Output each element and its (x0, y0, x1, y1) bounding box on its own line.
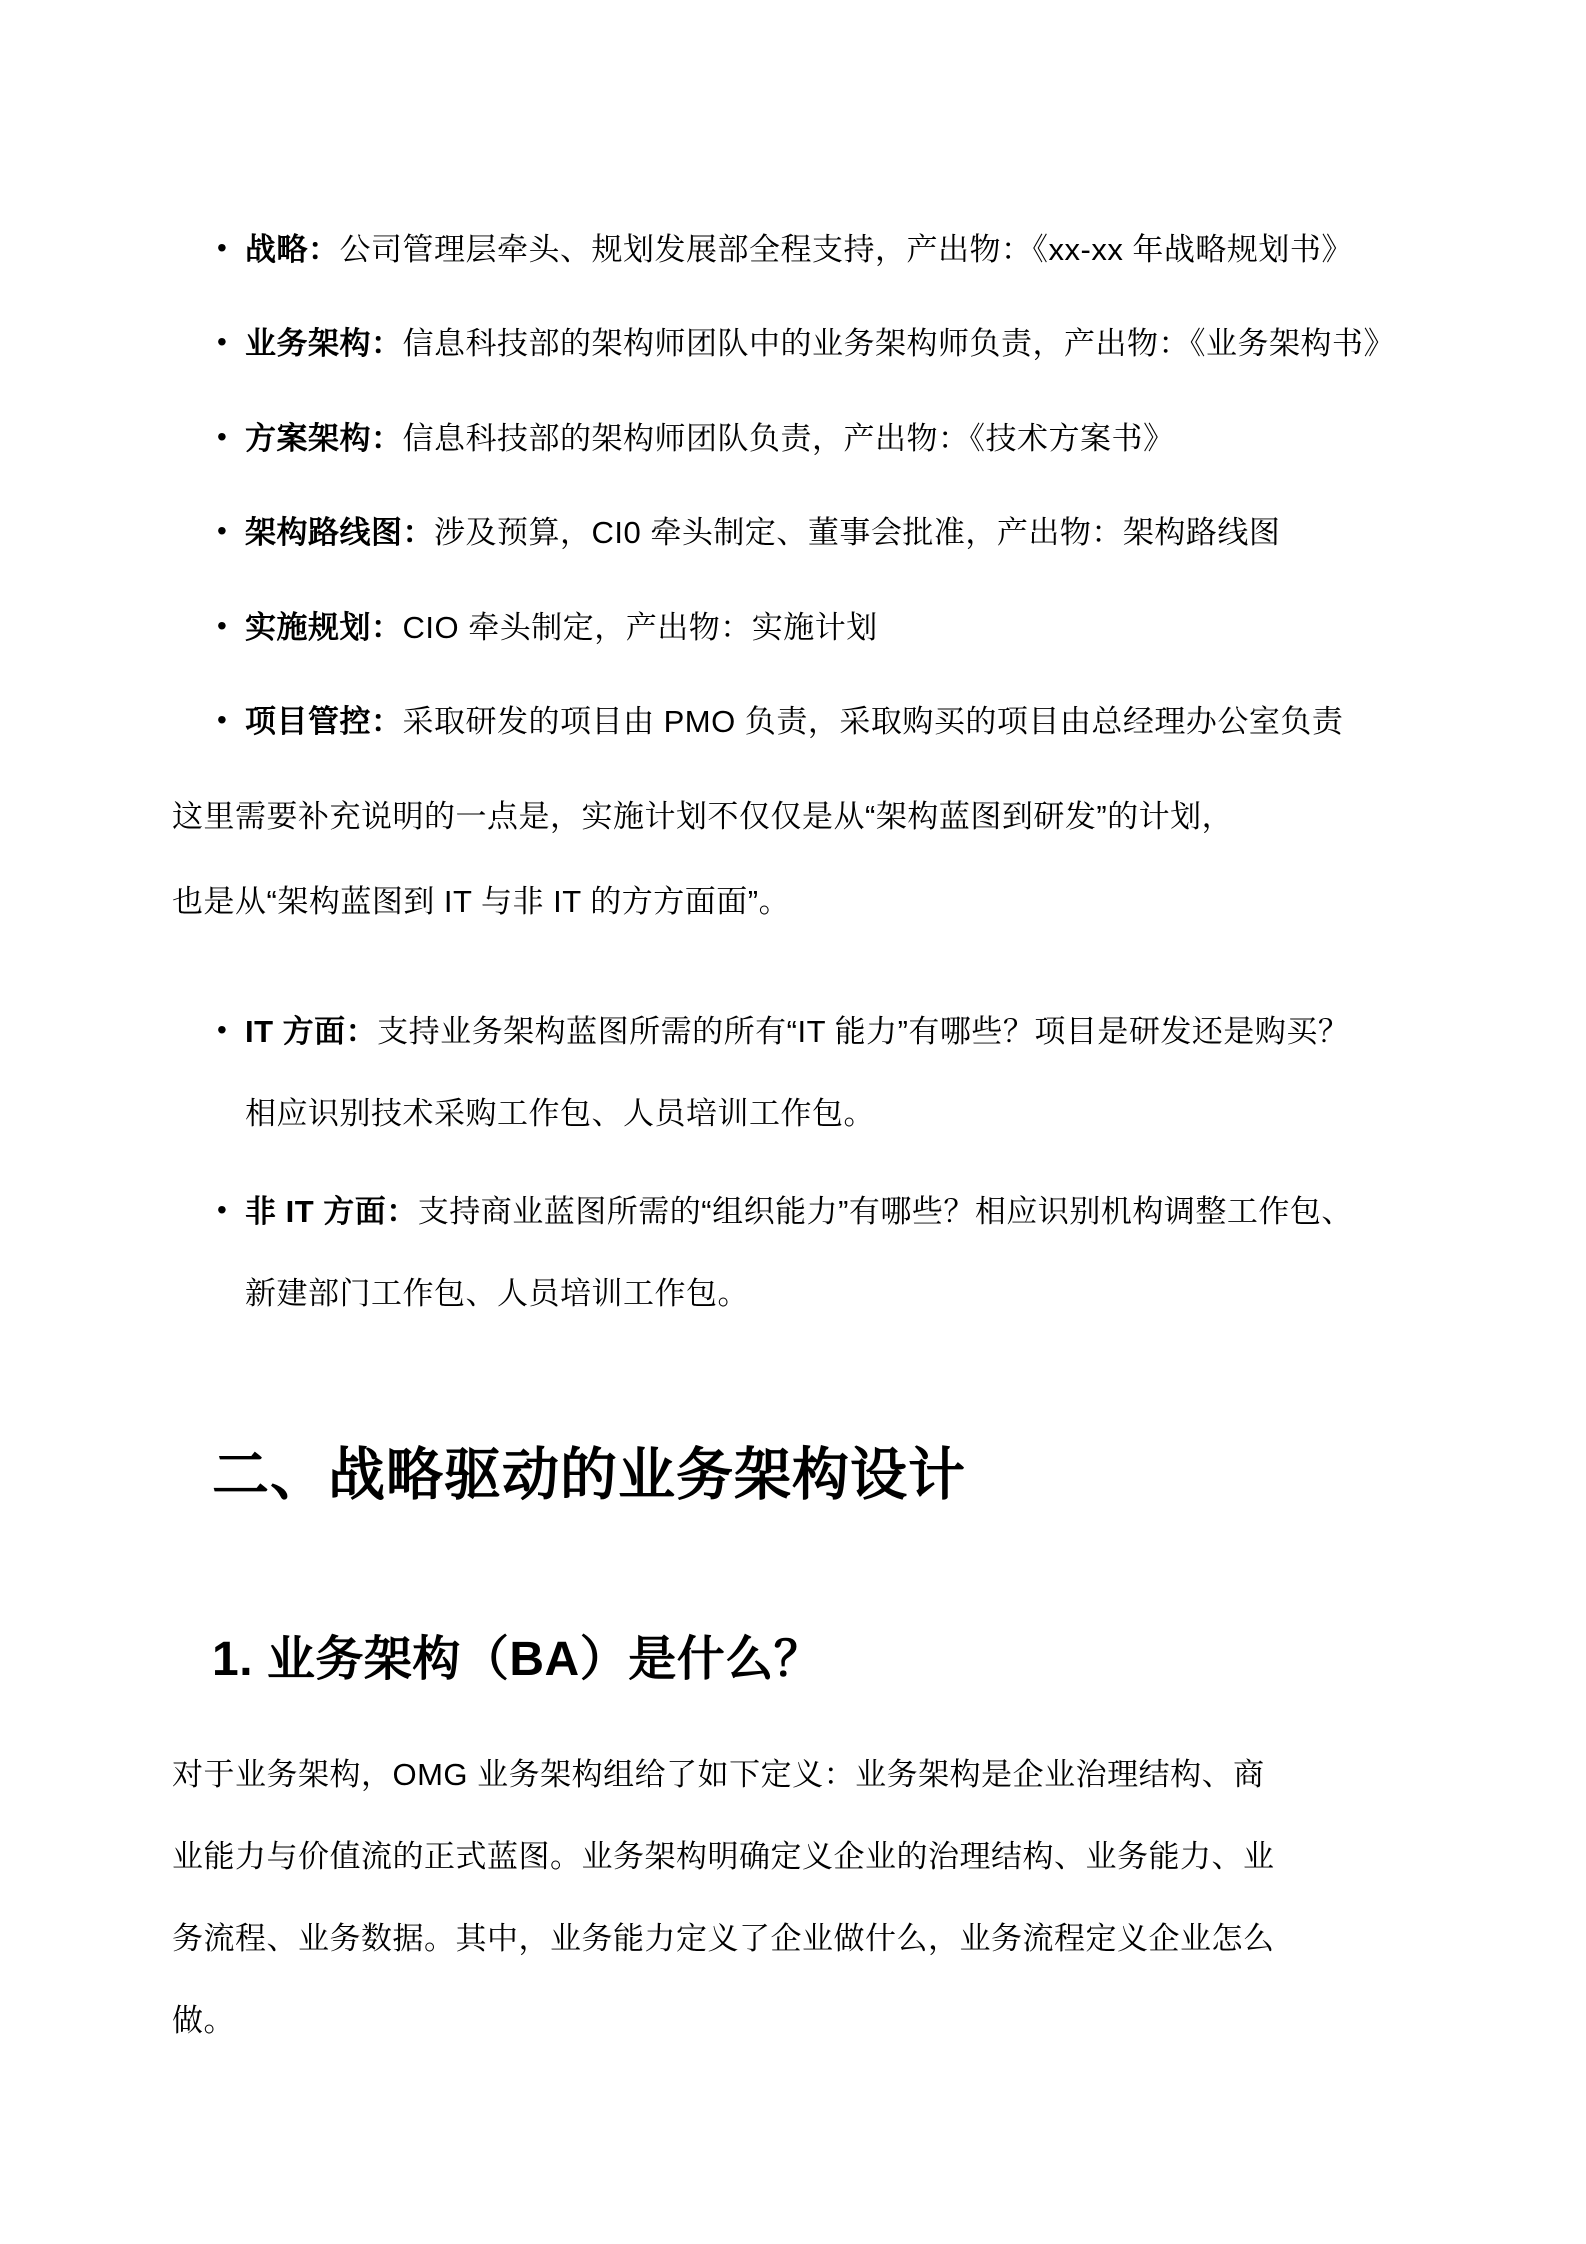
section-heading: 二、战略驱动的业务架构设计 (212, 1444, 966, 1506)
bullet-label: 项目管控： (245, 704, 403, 739)
paragraph-line: 对于业务架构，OMG 业务架构组给了如下定义：业务架构是企业治理结构、商 (172, 1755, 1265, 1795)
list-item: •业务架构：信息科技部的架构师团队中的业务架构师负责，产出物：《业务架构书》 (245, 324, 1395, 364)
bullet-icon: • (217, 1190, 227, 1230)
paragraph-line: 也是从“架构蓝图到 IT 与非 IT 的方方面面”。 (172, 882, 790, 922)
paragraph-line: 做。 (172, 2001, 235, 2041)
list-item: •战略：公司管理层牵头、规划发展部全程支持，产出物：《xx-xx 年战略规划书》 (245, 230, 1353, 270)
bullet-continuation-line: 相应识别技术采购工作包、人员培训工作包。 (245, 1094, 875, 1134)
bullet-icon: • (217, 1010, 227, 1050)
bullet-text: 公司管理层牵头、规划发展部全程支持，产出物：《xx-xx 年战略规划书》 (340, 232, 1353, 267)
bullet-text: 涉及预算，CI0 牵头制定、董事会批准，产出物：架构路线图 (434, 515, 1280, 550)
bullet-text: CIO 牵头制定，产出物：实施计划 (403, 610, 878, 645)
list-item: •实施规划：CIO 牵头制定，产出物：实施计划 (245, 608, 878, 648)
bullet-text: 信息科技部的架构师团队负责，产出物：《技术方案书》 (403, 421, 1175, 456)
bullet-text: 支持业务架构蓝图所需的所有“IT 能力”有哪些？项目是研发还是购买？ (377, 1014, 1349, 1049)
bullet-label: 方案架构： (245, 421, 403, 456)
list-item: •项目管控：采取研发的项目由 PMO 负责，采取购买的项目由总经理办公室负责 (245, 702, 1343, 742)
list-item: •架构路线图：涉及预算，CI0 牵头制定、董事会批准，产出物：架构路线图 (245, 513, 1280, 553)
paragraph-line: 务流程、业务数据。其中，业务能力定义了企业做什么，业务流程定义企业怎么 (172, 1919, 1275, 1959)
bullet-icon: • (217, 322, 227, 362)
bullet-label: 战略： (245, 232, 340, 267)
paragraph-line: 业能力与价值流的正式蓝图。业务架构明确定义企业的治理结构、业务能力、业 (172, 1837, 1275, 1877)
bullet-label: 架构路线图： (245, 515, 434, 550)
subsection-heading: 1. 业务架构（BA）是什么？ (212, 1633, 822, 1687)
paragraph-line: 这里需要补充说明的一点是，实施计划不仅仅是从“架构蓝图到研发”的计划， (172, 797, 1233, 837)
bullet-label: 业务架构： (245, 326, 403, 361)
bullet-text: 信息科技部的架构师团队中的业务架构师负责，产出物：《业务架构书》 (403, 326, 1396, 361)
list-item: •非 IT 方面：支持商业蓝图所需的“组织能力”有哪些？相应识别机构调整工作包、 (245, 1192, 1353, 1232)
bullet-icon: • (217, 606, 227, 646)
bullet-text: 采取研发的项目由 PMO 负责，采取购买的项目由总经理办公室负责 (403, 704, 1344, 739)
bullet-icon: • (217, 417, 227, 457)
bullet-label: 实施规划： (245, 610, 403, 645)
bullet-icon: • (217, 511, 227, 551)
list-item: •IT 方面：支持业务架构蓝图所需的所有“IT 能力”有哪些？项目是研发还是购买… (245, 1012, 1349, 1052)
bullet-icon: • (217, 700, 227, 740)
list-item: •方案架构：信息科技部的架构师团队负责，产出物：《技术方案书》 (245, 419, 1175, 459)
document-page: •战略：公司管理层牵头、规划发展部全程支持，产出物：《xx-xx 年战略规划书》… (0, 0, 1586, 2244)
bullet-icon: • (217, 228, 227, 268)
bullet-continuation-line: 新建部门工作包、人员培训工作包。 (245, 1274, 749, 1314)
bullet-text: 支持商业蓝图所需的“组织能力”有哪些？相应识别机构调整工作包、 (418, 1194, 1353, 1229)
bullet-label: IT 方面： (245, 1014, 377, 1049)
bullet-label: 非 IT 方面： (245, 1194, 418, 1229)
